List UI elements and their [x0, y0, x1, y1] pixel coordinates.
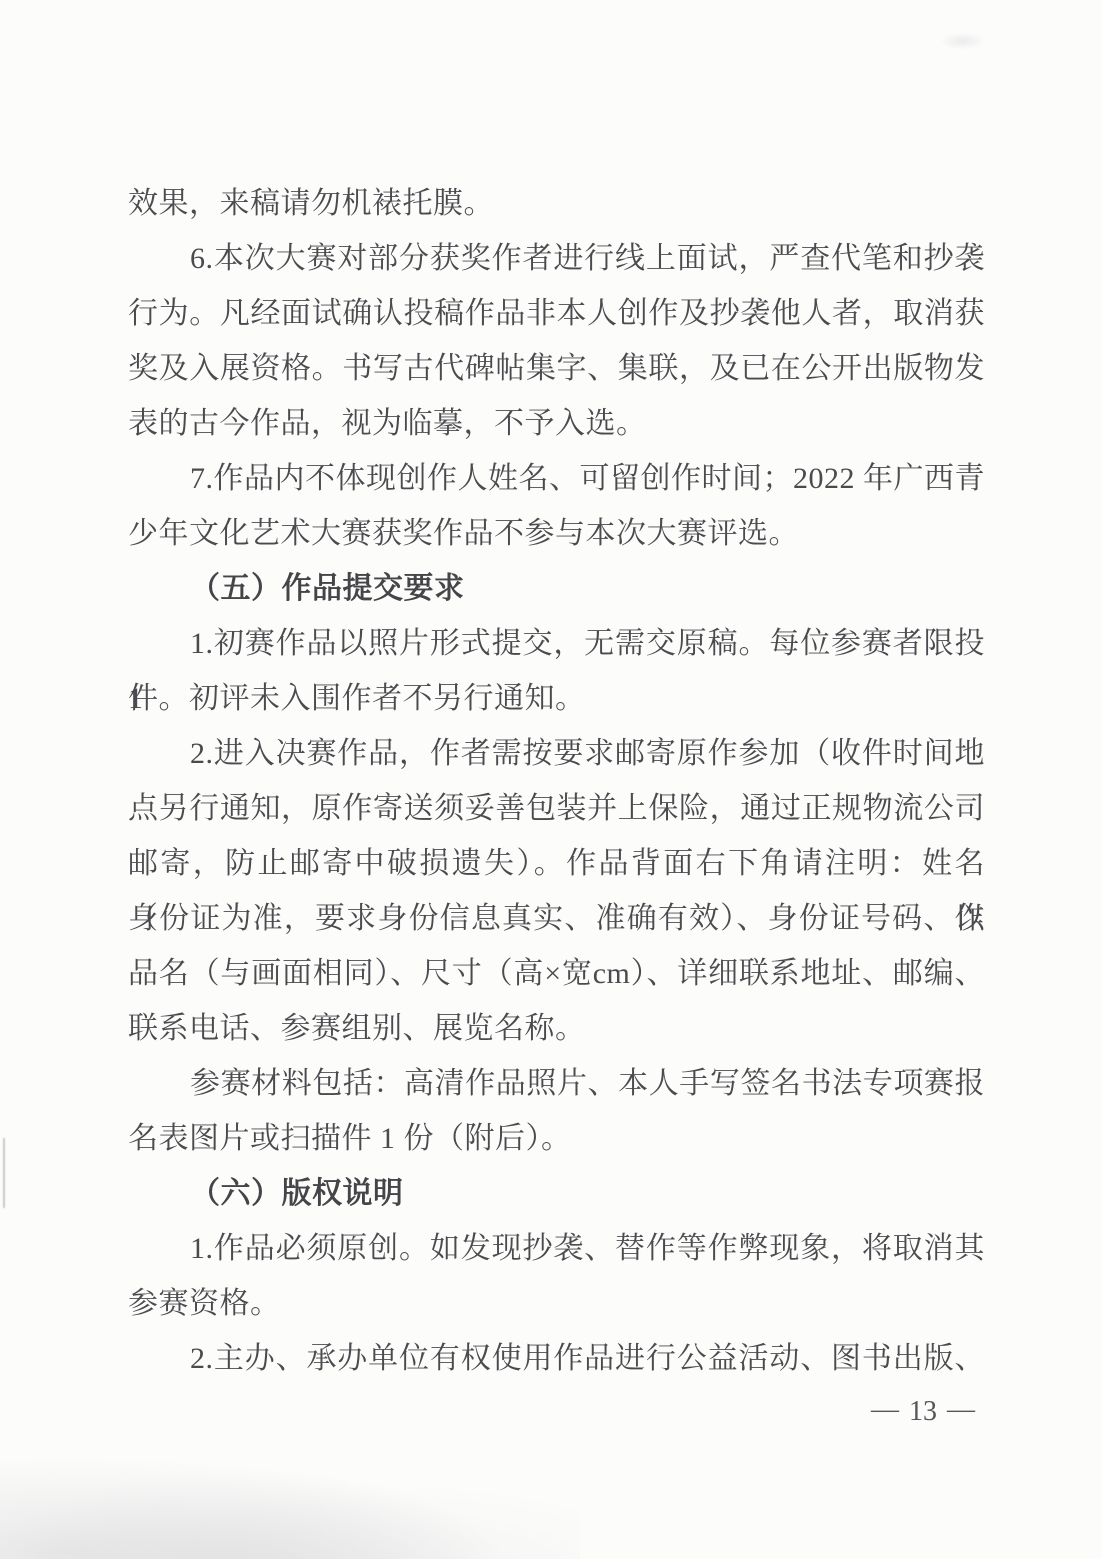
- text-block: 效果，来稿请勿机裱托膜。6.本次大赛对部分获奖作者进行线上面试，严查代笔和抄袭行…: [128, 176, 985, 1386]
- scanned-document-page: 效果，来稿请勿机裱托膜。6.本次大赛对部分获奖作者进行线上面试，严查代笔和抄袭行…: [0, 0, 1102, 1559]
- text-line: 品名（与画面相同）、尺寸（高×宽cm）、详细联系地址、邮编、: [128, 946, 985, 1001]
- text-line: 参赛材料包括：高清作品照片、本人手写签名书法专项赛报: [128, 1056, 985, 1111]
- text-line: （五）作品提交要求: [128, 561, 985, 616]
- text-line: 1.初赛作品以照片形式提交，无需交原稿。每位参赛者限投 1: [128, 616, 985, 671]
- scan-blotch-artifact: [0, 1439, 580, 1559]
- text-line: 奖及入展资格。书写古代碑帖集字、集联，及已在公开出版物发: [128, 341, 985, 396]
- page-number-dash-right: —: [947, 1390, 975, 1430]
- text-line: 身份证为准，要求身份信息真实、准确有效）、身份证号码、作: [128, 891, 985, 946]
- text-line: 联系电话、参赛组别、展览名称。: [128, 1001, 985, 1056]
- text-line: 1.作品必须原创。如发现抄袭、替作等作弊现象，将取消其: [128, 1221, 985, 1276]
- text-line: （六）版权说明: [128, 1166, 985, 1221]
- text-line: 邮寄，防止邮寄中破损遗失）。作品背面右下角请注明：姓名（以: [128, 836, 985, 891]
- text-line: 少年文化艺术大赛获奖作品不参与本次大赛评选。: [128, 506, 985, 561]
- text-line: 表的古今作品，视为临摹，不予入选。: [128, 396, 985, 451]
- text-line: 件。初评未入围作者不另行通知。: [128, 671, 985, 726]
- scan-smudge-artifact: [940, 32, 986, 50]
- text-line: 名表图片或扫描件 1 份（附后）。: [128, 1111, 985, 1166]
- text-line: 2.主办、承办单位有权使用作品进行公益活动、图书出版、: [128, 1331, 985, 1386]
- page-number-dash-left: —: [871, 1390, 899, 1430]
- scan-scratch-artifact: [3, 1138, 5, 1208]
- text-line: 参赛资格。: [128, 1276, 985, 1331]
- text-line: 7.作品内不体现创作人姓名、可留创作时间；2022 年广西青: [128, 451, 985, 506]
- text-line: 效果，来稿请勿机裱托膜。: [128, 176, 985, 231]
- text-line: 点另行通知，原作寄送须妥善包装并上保险，通过正规物流公司: [128, 781, 985, 836]
- text-line: 2.进入决赛作品，作者需按要求邮寄原作参加（收件时间地: [128, 726, 985, 781]
- text-line: 行为。凡经面试确认投稿作品非本人创作及抄袭他人者，取消获: [128, 286, 985, 341]
- page-number: —13—: [858, 1392, 988, 1432]
- text-line: 6.本次大赛对部分获奖作者进行线上面试，严查代笔和抄袭: [128, 231, 985, 286]
- page-number-value: 13: [909, 1396, 937, 1427]
